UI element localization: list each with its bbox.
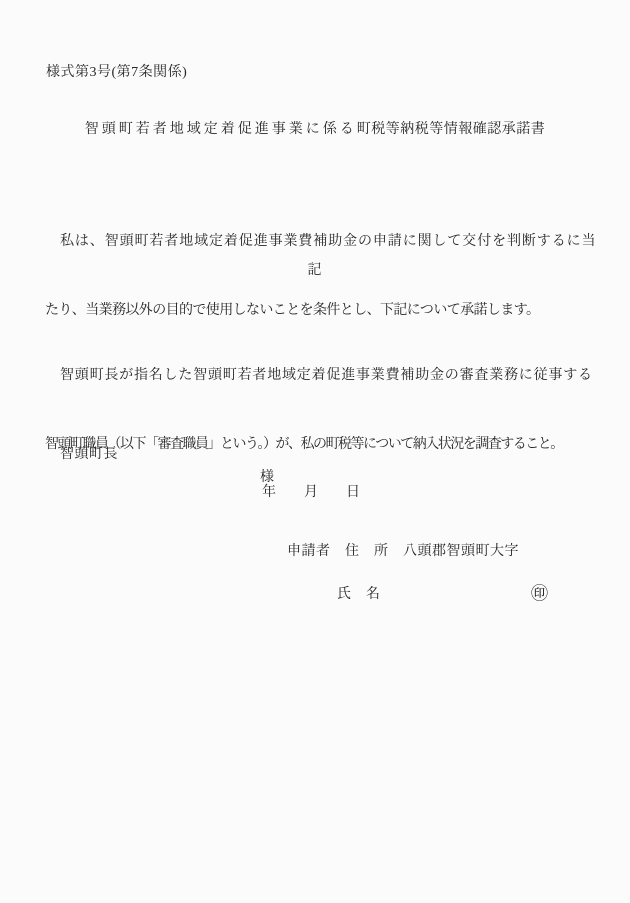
document-title: 智頭町若者地域定着促進事業に係る町税等納税等情報確認承諾書: [0, 118, 630, 141]
addressee-name: 智頭町長: [60, 443, 118, 466]
applicant-address-line: 申請者 住 所 八頭郡智頭町大字: [287, 540, 519, 563]
intro-paragraph-line-1: 私は、智頭町若者地域定着促進事業費補助金の申請に関して交付を判断するに当: [45, 230, 605, 253]
body-paragraph-line-1: 智頭町長が指名した智頭町若者地域定着促進事業費補助金の審査業務に従事する: [45, 364, 605, 387]
section-marker: 記: [0, 259, 630, 282]
document-title-part1: 智頭町若者地域定着促進事業に係る: [85, 122, 357, 137]
document-title-part2: 町税等納税等情報確認承諾書: [357, 122, 546, 137]
form-number: 様式第3号(第7条関係): [46, 61, 187, 84]
document-page: 様式第3号(第7条関係) 智頭町若者地域定着促進事業に係る町税等納税等情報確認承…: [0, 0, 630, 903]
date-line: 年 月 日: [262, 481, 360, 504]
seal-mark: ㊞: [531, 582, 548, 605]
applicant-name-label: 氏 名: [337, 583, 381, 606]
